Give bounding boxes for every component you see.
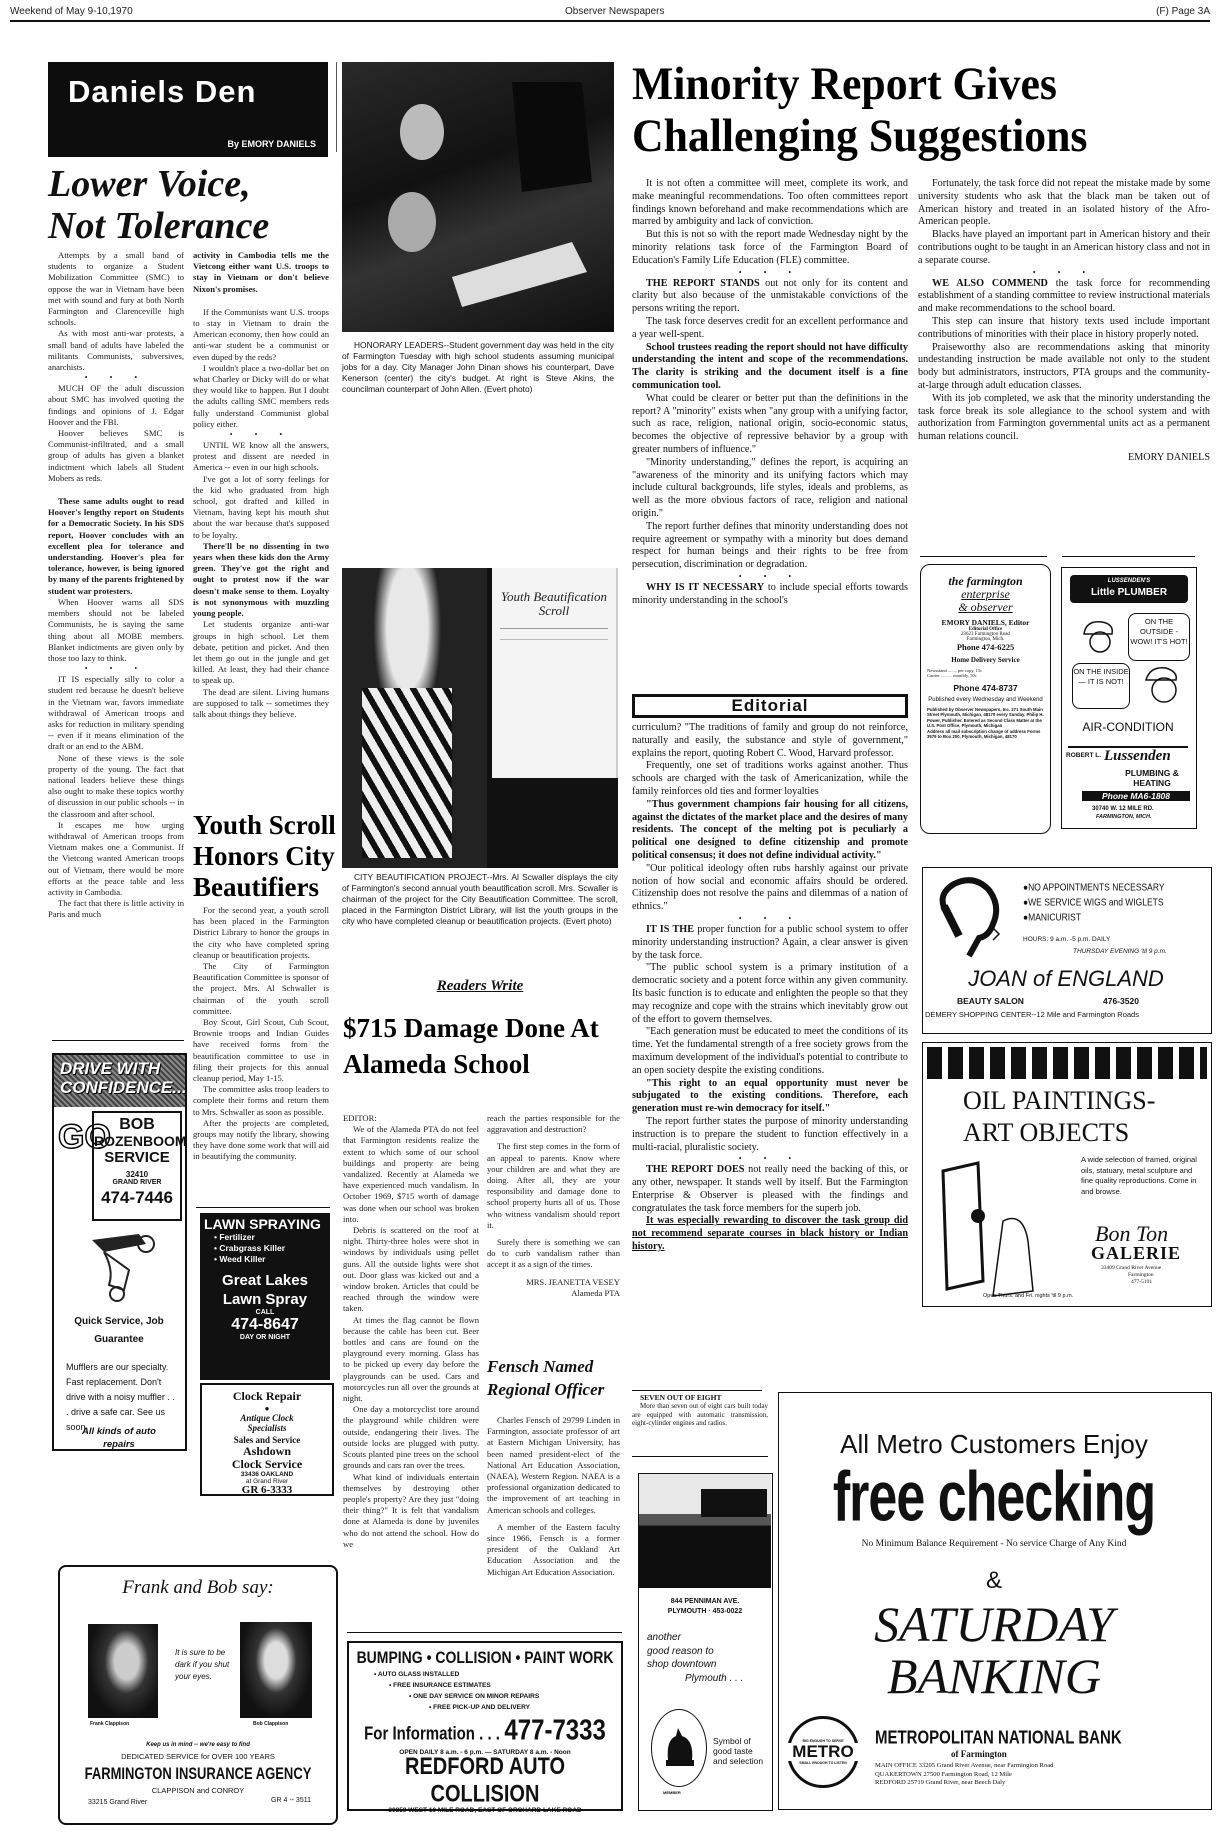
clock-phone: GR 6-3333 (202, 1485, 332, 1496)
paragraph: "Minority understanding," defines the re… (632, 457, 908, 521)
ad-lawn-spraying: LAWN SPRAYING • Fertilizer • Crabgrass K… (200, 1213, 330, 1380)
frank-photo (88, 1624, 158, 1718)
bank-name: METROPOLITAN NATIONAL BANK (875, 1728, 1122, 1748)
people-illustration-icon (342, 62, 614, 332)
dress-pattern (362, 688, 452, 858)
woman-hair-illustration-icon (929, 876, 1009, 966)
section-readers-write: Readers Write (340, 978, 620, 995)
ad-downtown-plymouth: 844 PENNIMAN AVE. PLYMOUTH · 453-0022 an… (638, 1473, 773, 1811)
plymouth-slogan: another good reason to shop downtown Ply… (647, 1631, 767, 1685)
rozenboom-phone: 474-7446 (94, 1188, 180, 1208)
lawn-phone: 474-8647 (200, 1316, 330, 1334)
paragraph: WHY IS IT NECESSARY to include special e… (632, 582, 908, 608)
ad-slogan-banner: DRIVE WITH CONFIDENCE... (54, 1055, 185, 1107)
photo-honorary-leaders (342, 62, 614, 332)
galerie-headline: OIL PAINTINGS- ART OBJECTS (963, 1085, 1155, 1149)
plymouth-phone: PLYMOUTH · 453-0022 (639, 1608, 771, 1615)
editorial-col-2: Fortunately, the task force did not repe… (918, 178, 1210, 465)
rozenboom-tagline: Quick Service, Job Guarantee (64, 1313, 174, 1349)
galerie-phone: 477-5191 (1131, 1279, 1152, 1285)
joan-name: JOAN of ENGLAND (923, 966, 1209, 992)
list-item: QUAKERTOWN 27500 Farmington Road, 12 Mil… (875, 1771, 1053, 1780)
paragraph: One day a motorcyclist tore around the p… (343, 1404, 479, 1471)
paragraph: "Each generation must be educated to mee… (632, 1026, 908, 1077)
saturday-banking-headline: SATURDAY BANKING (779, 1598, 1209, 1702)
fensch-headline: Fensch Named Regional Officer (487, 1355, 622, 1401)
paragraph: Fortunately, the task force did not repe… (918, 178, 1210, 229)
mechanic-illustration-icon (84, 1230, 159, 1305)
letter-col-2: reach the parties responsible for the ag… (487, 1113, 620, 1299)
letter-signature: MRS. JEANETTA VESEY (487, 1277, 620, 1288)
list-item: ●WE SERVICE WIGS and WIGLETS (1023, 895, 1165, 910)
paragraph: What kind of individuals entertain thems… (343, 1472, 479, 1550)
plumber-cartoon-icon (1076, 616, 1126, 656)
insurance-quote: It is sure to be dark if you shut your e… (175, 1647, 230, 1683)
stripe-bar (927, 1047, 1207, 1079)
list-item: REDFORD 25719 Grand River, near Beech Da… (875, 1779, 1053, 1788)
plumber-phone: Phone MA6-1808 (1082, 791, 1190, 801)
paragraph: Frequently, one set of traditions works … (632, 760, 908, 798)
ad-metropolitan-national-bank: All Metro Customers Enjoy free checking … (778, 1392, 1212, 1810)
paragraph: The first step comes in the form of an a… (487, 1141, 620, 1231)
paragraph: Charles Fensch of 29799 Linden in Farmin… (487, 1415, 620, 1516)
paragraph: None of these views is the sole property… (48, 753, 184, 820)
paragraph: It escapes me how urging withdrawal of A… (48, 820, 184, 898)
editorial-col-1: It is not often a committee will meet, c… (632, 178, 908, 608)
paragraph: A member of the Eastern faculty since 19… (487, 1522, 620, 1578)
paper-name: Observer Newspapers (565, 6, 664, 17)
scroll-title: Youth Beautification Scroll (492, 568, 616, 618)
galerie-name: GALERIE (1091, 1243, 1181, 1264)
ad-clock-repair: Clock Repair ● Antique Clock Specialists… (200, 1383, 334, 1496)
paragraph: MUCH OF the adult discussion about SMC h… (48, 383, 184, 428)
ad-joan-of-england: ●NO APPOINTMENTS NECESSARY ●WE SERVICE W… (922, 867, 1212, 1034)
painter-illustration-icon (933, 1161, 1048, 1301)
opinion-headline: Lower Voice, Not Tolerance (48, 163, 338, 247)
list-item: ●NO APPOINTMENTS NECESSARY (1023, 880, 1165, 895)
column-banner: Daniels Den By EMORY DANIELS (48, 62, 328, 157)
paragraph: The task force deserves credit for an ex… (632, 316, 908, 342)
paragraph: THE REPORT DOES not really need the back… (632, 1164, 908, 1215)
paragraph: Debris is scattered on the roof at night… (343, 1225, 479, 1315)
youth-scroll-headline: Youth Scroll Honors City Beautifiers (193, 810, 338, 903)
column-rule (632, 1456, 768, 1457)
youth-scroll-body: For the second year, a youth scroll has … (193, 905, 329, 1163)
list-item: • Weed Killer (214, 1254, 330, 1265)
column-byline: By EMORY DANIELS (227, 139, 316, 149)
filler-seven-of-eight: SEVEN OUT OF EIGHT More than seven out o… (632, 1393, 768, 1428)
paragraph: The committee asks troop leaders to comp… (193, 1084, 329, 1118)
paragraph: At times the flag cannot be flown becaus… (343, 1315, 479, 1405)
rozenboom-info: BOB ROZENBOOM SERVICE 32410 GRAND RIVER … (92, 1111, 182, 1221)
paragraph: WE ALSO COMMEND the task force for recom… (918, 278, 1210, 316)
paragraph: IT IS THE proper function for a public s… (632, 924, 908, 962)
list-item: MAIN OFFICE 33205 Grand River Avenue, ne… (875, 1762, 1053, 1771)
list-item: • Crabgrass Killer (214, 1243, 330, 1254)
masthead-logo: the farmington enterprise & observer (921, 575, 1050, 614)
paragraph: Boy Scout, Girl Scout, Cub Scout, Browni… (193, 1017, 329, 1084)
column-title: Daniels Den (68, 74, 256, 110)
paragraph: It is not often a committee will meet, c… (632, 178, 908, 229)
column-rule (196, 1207, 330, 1208)
paragraph: Attempts by a small band of students to … (48, 250, 184, 328)
rozenboom-footer: All kinds of auto repairs (74, 1425, 164, 1451)
fensch-body: Charles Fensch of 29799 Linden in Farmin… (487, 1415, 620, 1578)
scroll-paper: Youth Beautification Scroll (492, 568, 618, 778)
list-item: • FREE INSURANCE ESTIMATES (349, 1680, 621, 1691)
ad-redford-collision: BUMPING • COLLISION • PAINT WORK • AUTO … (347, 1641, 623, 1811)
paragraph: THE REPORT STANDS out not only for its c… (632, 278, 908, 316)
editorial-headline: Minority Report Gives Challenging Sugges… (632, 58, 1171, 162)
page-header: Weekend of May 9-10,1970 Observer Newspa… (10, 6, 1210, 20)
paragraph: We of the Alameda PTA do not feel that F… (343, 1124, 479, 1225)
paragraph: When Hoover warns all SDS members should… (48, 597, 184, 664)
paragraph: UNTIL WE know all the answers, protest a… (193, 440, 329, 474)
paragraph: "Thus government champions fair housing … (632, 799, 908, 863)
paragraph: I've got a lot of sorry feelings for the… (193, 474, 329, 541)
paragraph: I wouldn't place a two-dollar bet on wha… (193, 363, 329, 430)
insurance-phone: GR 4 -- 3511 (271, 1797, 311, 1804)
paragraph: Blacks have played an important part in … (918, 229, 1210, 267)
opinion-col-1: Attempts by a small band of students to … (48, 250, 184, 921)
paragraph: As with most anti-war protests, a small … (48, 328, 184, 373)
column-rule (1062, 556, 1195, 557)
paragraph: School trustees reading the report shoul… (632, 342, 908, 393)
paragraph: "The public school system is a primary i… (632, 962, 908, 1026)
plumber-banner: LUSSENDEN'S Little PLUMBER (1070, 575, 1188, 603)
lawn-items: • Fertilizer • Crabgrass Killer • Weed K… (200, 1232, 330, 1265)
speech-bubble-2: ON THE INSIDE — IT IS NOT! (1072, 663, 1130, 709)
paragraph: For the second year, a youth scroll has … (193, 905, 329, 961)
paragraph: The City of Farmington Beautification Co… (193, 961, 329, 1017)
photo-beautification: Youth Beautification Scroll (342, 568, 618, 868)
opinion-col-2: activity in Cambodia tells me the Vietco… (193, 250, 329, 720)
list-item: • Fertilizer (214, 1232, 330, 1243)
column-divider (336, 62, 337, 152)
free-checking-headline: free checking (779, 1457, 1209, 1538)
paragraph: Hoover believes SMC is Communist-infiltr… (48, 428, 184, 484)
storefront-photo (639, 1474, 771, 1588)
paragraph: curriculum? "The traditions of family an… (632, 722, 908, 760)
paragraph: Let students organize anti-war groups in… (193, 619, 329, 686)
page-number: (F) Page 3A (1156, 6, 1210, 17)
insurance-name: FARMINGTON INSURANCE AGENCY (60, 1764, 336, 1783)
editorial-banner: Editorial (632, 694, 908, 718)
list-item: • ONE DAY SERVICE ON MINOR REPAIRS (349, 1691, 621, 1702)
paragraph: activity in Cambodia tells me the Vietco… (193, 250, 329, 295)
paragraph: "Our political ideology often rubs harsh… (632, 863, 908, 914)
collision-name: REDFORD AUTO COLLISION (349, 1753, 621, 1808)
rozenboom-body: Mufflers are our specialty. Fast replace… (66, 1360, 176, 1435)
photo-caption-1: HONORARY LEADERS--Student government day… (342, 340, 614, 395)
merchants-badge-icon (651, 1709, 707, 1787)
paragraph: It was especially rewarding to discover … (632, 1215, 908, 1253)
paragraph: These same adults ought to read Hoover's… (48, 496, 184, 597)
paragraph: "This right to an equal opportunity must… (632, 1078, 908, 1116)
list-item: • FREE PICK-UP AND DELIVERY (349, 1702, 621, 1713)
paragraph: There'll be no dissenting in two years w… (193, 541, 329, 619)
masthead-box: the farmington enterprise & observer EMO… (920, 564, 1051, 834)
paragraph: What could be clearer or better put than… (632, 393, 908, 457)
paragraph: If the Communists want U.S. troops to st… (193, 307, 329, 363)
collision-phone: 477-7333 (504, 1714, 605, 1746)
ad-lussenden-plumber: LUSSENDEN'S Little PLUMBER ON THE OUTSID… (1061, 567, 1197, 829)
collision-items: • AUTO GLASS INSTALLED • FREE INSURANCE … (349, 1669, 621, 1713)
column-rule (920, 556, 1047, 557)
bank-branches: MAIN OFFICE 33205 Grand River Avenue, ne… (875, 1762, 1053, 1788)
ad-bon-ton-galerie: OIL PAINTINGS- ART OBJECTS A wide select… (922, 1042, 1212, 1307)
joan-phone: 476-3520 (1103, 996, 1139, 1006)
issue-date: Weekend of May 9-10,1970 (10, 6, 133, 17)
editorial-col-1-continued: curriculum? "The traditions of family an… (632, 722, 908, 1254)
paragraph: Surely there is something we can do to c… (487, 1237, 620, 1271)
plumber-cartoon-icon (1138, 664, 1188, 708)
joan-items: ●NO APPOINTMENTS NECESSARY ●WE SERVICE W… (1023, 880, 1165, 925)
paragraph: The report further states the purpose of… (632, 1116, 908, 1154)
list-item: • AUTO GLASS INSTALLED (349, 1669, 621, 1680)
bob-photo (240, 1622, 312, 1718)
paragraph: The report further defines that minority… (632, 521, 908, 572)
ad-rozenboom: DRIVE WITH CONFIDENCE... GO BOB ROZENBOO… (52, 1053, 187, 1451)
paragraph: The dead are silent. Living humans are s… (193, 687, 329, 721)
go-badge: GO (58, 1110, 88, 1165)
insurance-title: Frank and Bob say: (60, 1577, 336, 1599)
letter-headline: $715 Damage Done At Alameda School (343, 1010, 623, 1082)
photo-caption-2: CITY BEAUTIFICATION PROJECT--Mrs. Al Scw… (342, 872, 618, 927)
editorial-signature: EMORY DANIELS (918, 452, 1210, 465)
column-rule (632, 1390, 762, 1391)
paragraph: Praiseworthy also are recommendations as… (918, 342, 1210, 393)
column-rule (347, 1632, 622, 1633)
paragraph: This step can insure that history texts … (918, 316, 1210, 342)
header-rule (10, 20, 1210, 22)
paragraph: IT IS especially silly to color a studen… (48, 674, 184, 752)
paragraph: But this is not so with the report made … (632, 229, 908, 267)
paragraph: With its job completed, we ask that the … (918, 393, 1210, 444)
paragraph: The fact that there is little activity i… (48, 898, 184, 920)
letter-col-1: EDITOR: We of the Alameda PTA do not fee… (343, 1113, 479, 1550)
metro-logo: BIG ENOUGH TO SERVE METRO SMALL ENOUGH T… (787, 1716, 859, 1788)
paragraph: After the projects are completed, groups… (193, 1118, 329, 1163)
collision-headline: BUMPING • COLLISION • PAINT WORK (349, 1647, 621, 1666)
speech-bubble-1: ON THE OUTSIDE - WOW! IT'S HOT! (1128, 613, 1190, 661)
column-rule (52, 1040, 184, 1041)
ad-farmington-insurance: Frank and Bob say: Frank Clappison It is… (58, 1565, 338, 1825)
list-item: ●MANICURIST (1023, 910, 1165, 925)
paragraph: reach the parties responsible for the ag… (487, 1113, 620, 1135)
